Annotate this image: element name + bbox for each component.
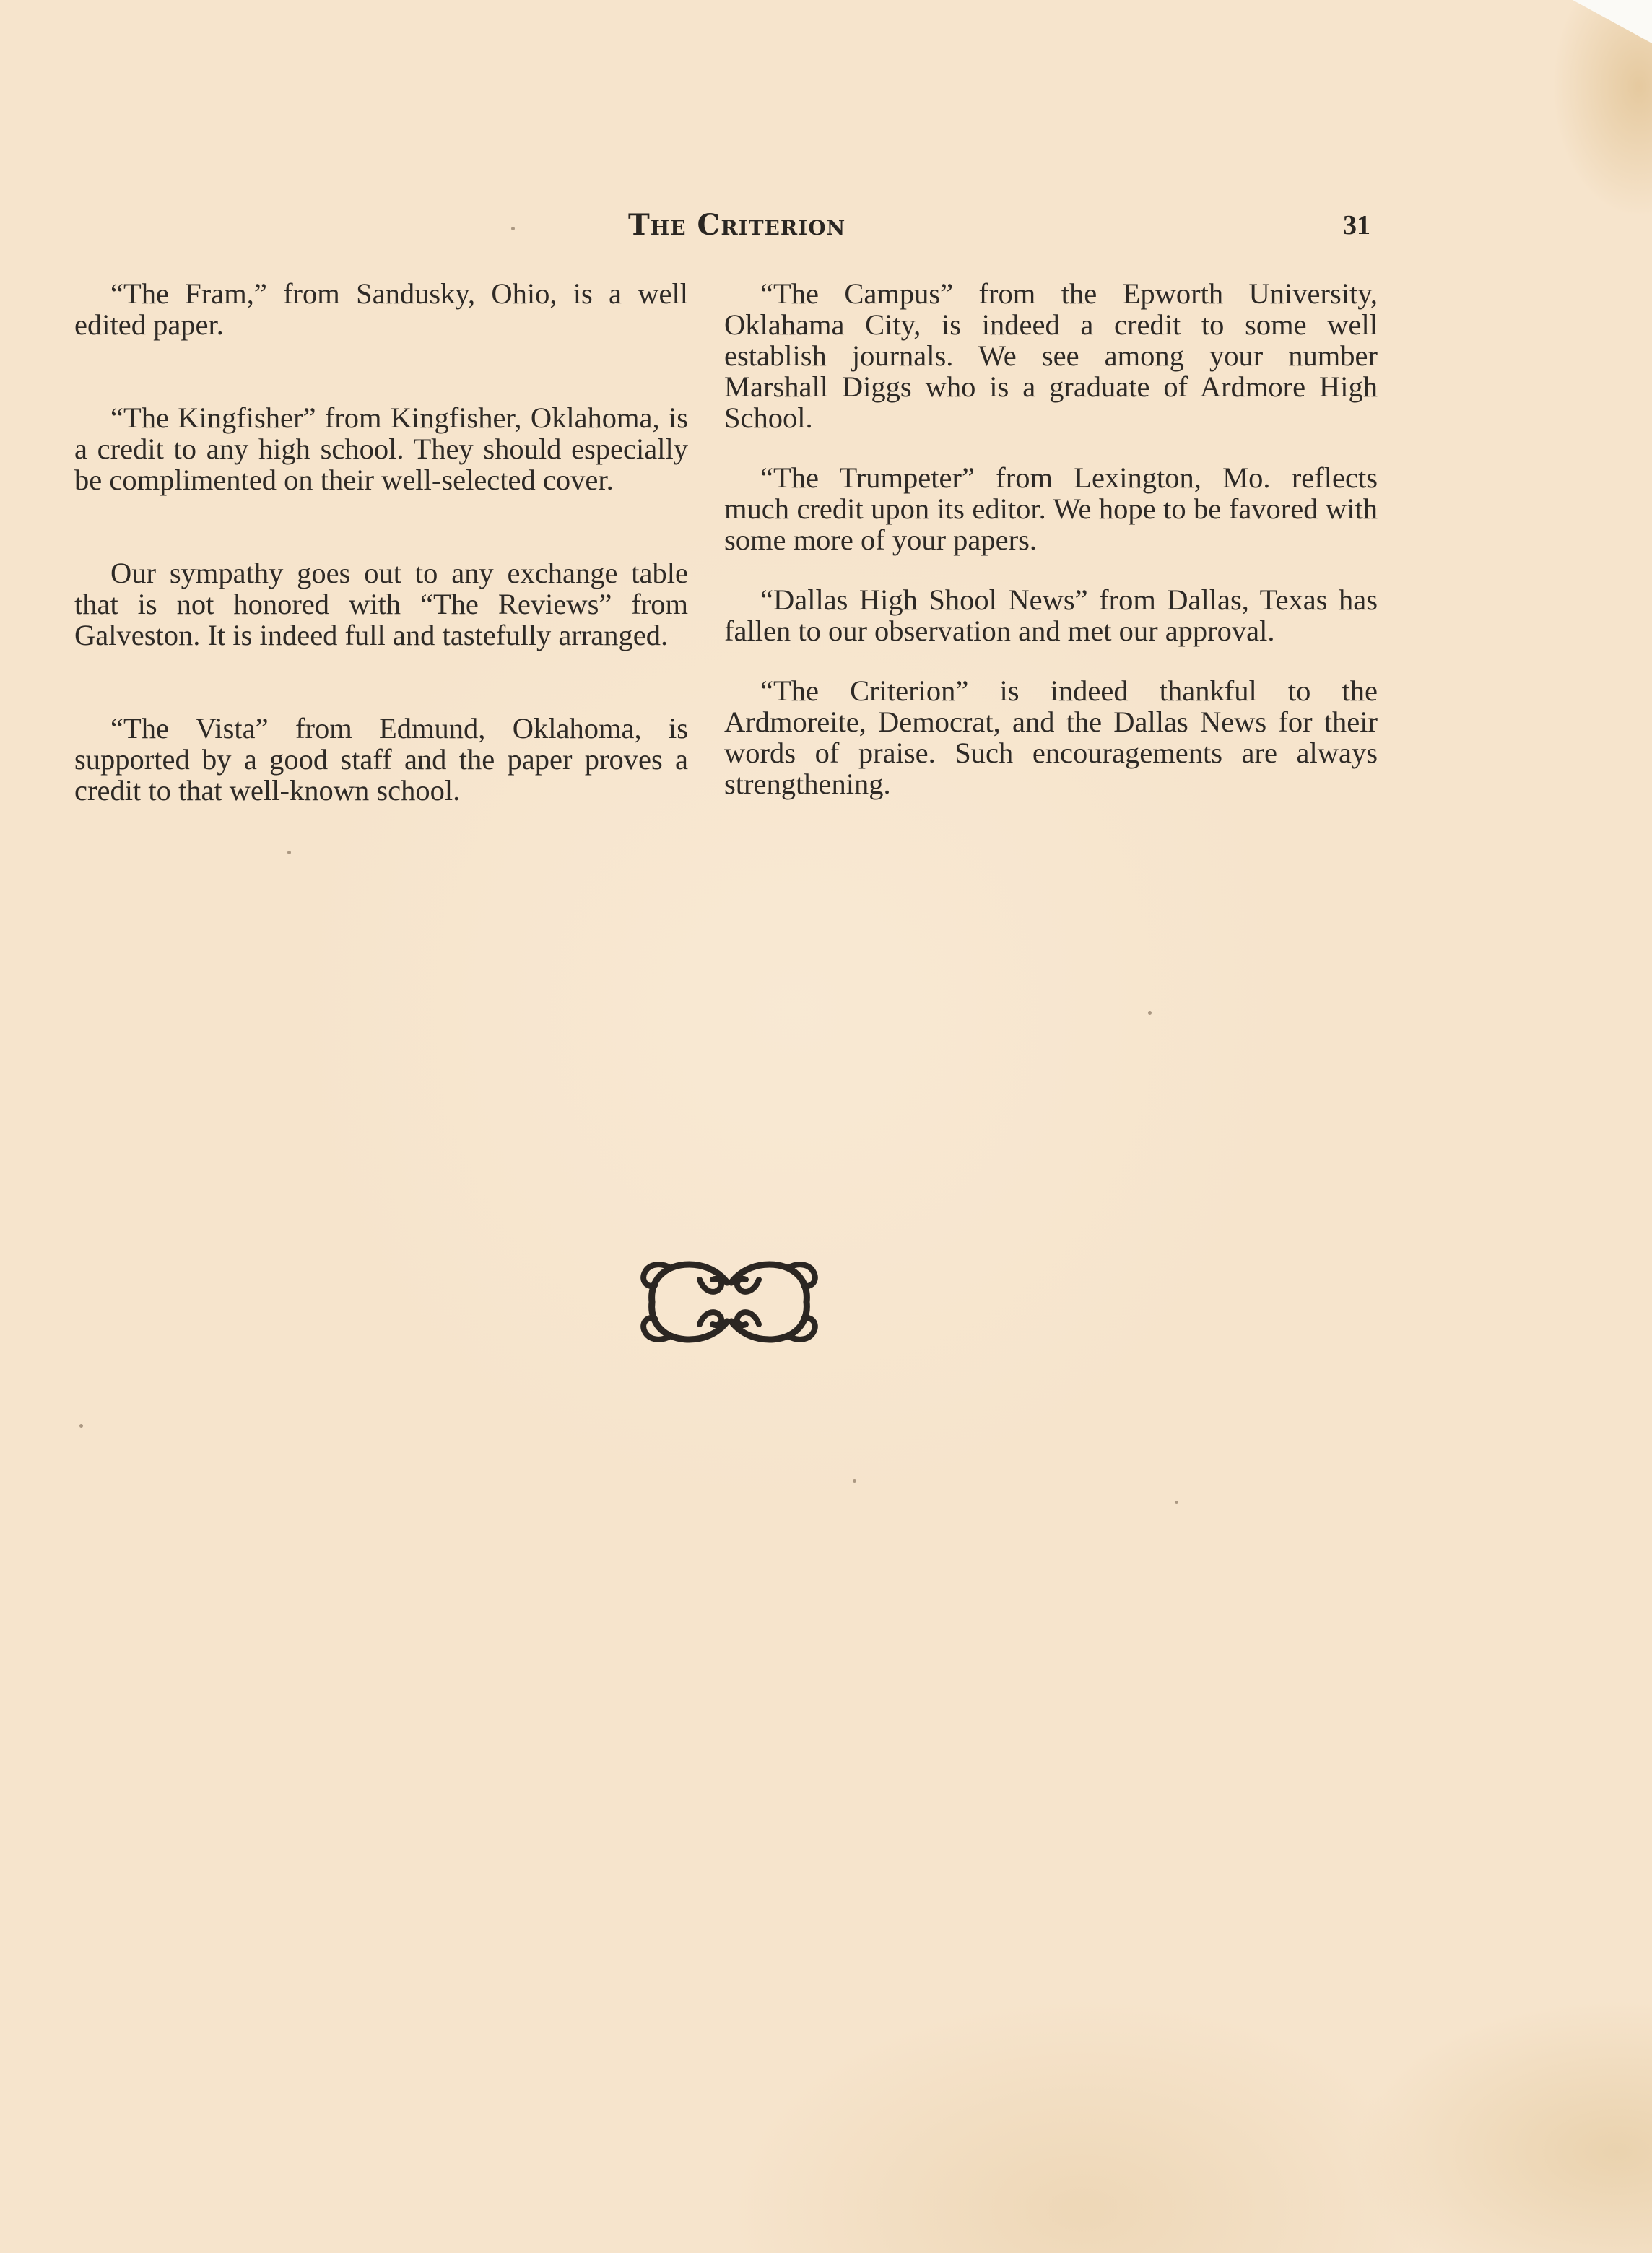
right-column: “The Campus” from the Epworth University… — [724, 278, 1378, 828]
paper-speck — [1175, 1501, 1178, 1504]
paragraph-the-kingfisher: “The Kingfisher” from Kingfisher, Oklaho… — [74, 402, 688, 495]
paragraph-the-vista: “The Vista” from Edmund, Oklahoma, is su… — [74, 713, 688, 806]
running-head: The Criterion 31 — [0, 208, 1652, 251]
paper-speck — [853, 1479, 856, 1483]
paragraph-dallas-news: “Dallas High Shool News” from Dallas, Te… — [724, 584, 1378, 646]
scroll-ornament-icon — [619, 1248, 840, 1356]
left-column: “The Fram,” from Sandusky, Ohio, is a we… — [74, 278, 688, 868]
paragraph-the-reviews: Our sympathy goes out to any exchange ta… — [74, 557, 688, 651]
paper-speck — [1148, 1011, 1152, 1015]
page-number: 31 — [1343, 209, 1370, 241]
paragraph-the-trumpeter: “The Trumpeter” from Lexington, Mo. refl… — [724, 462, 1378, 555]
paper-speck — [79, 1424, 83, 1428]
paragraph-the-campus: “The Campus” from the Epworth University… — [724, 278, 1378, 433]
paragraph-the-fram: “The Fram,” from Sandusky, Ohio, is a we… — [74, 278, 688, 340]
paragraph-the-criterion: “The Criterion” is indeed thankful to th… — [724, 675, 1378, 799]
running-title: The Criterion — [628, 208, 845, 242]
